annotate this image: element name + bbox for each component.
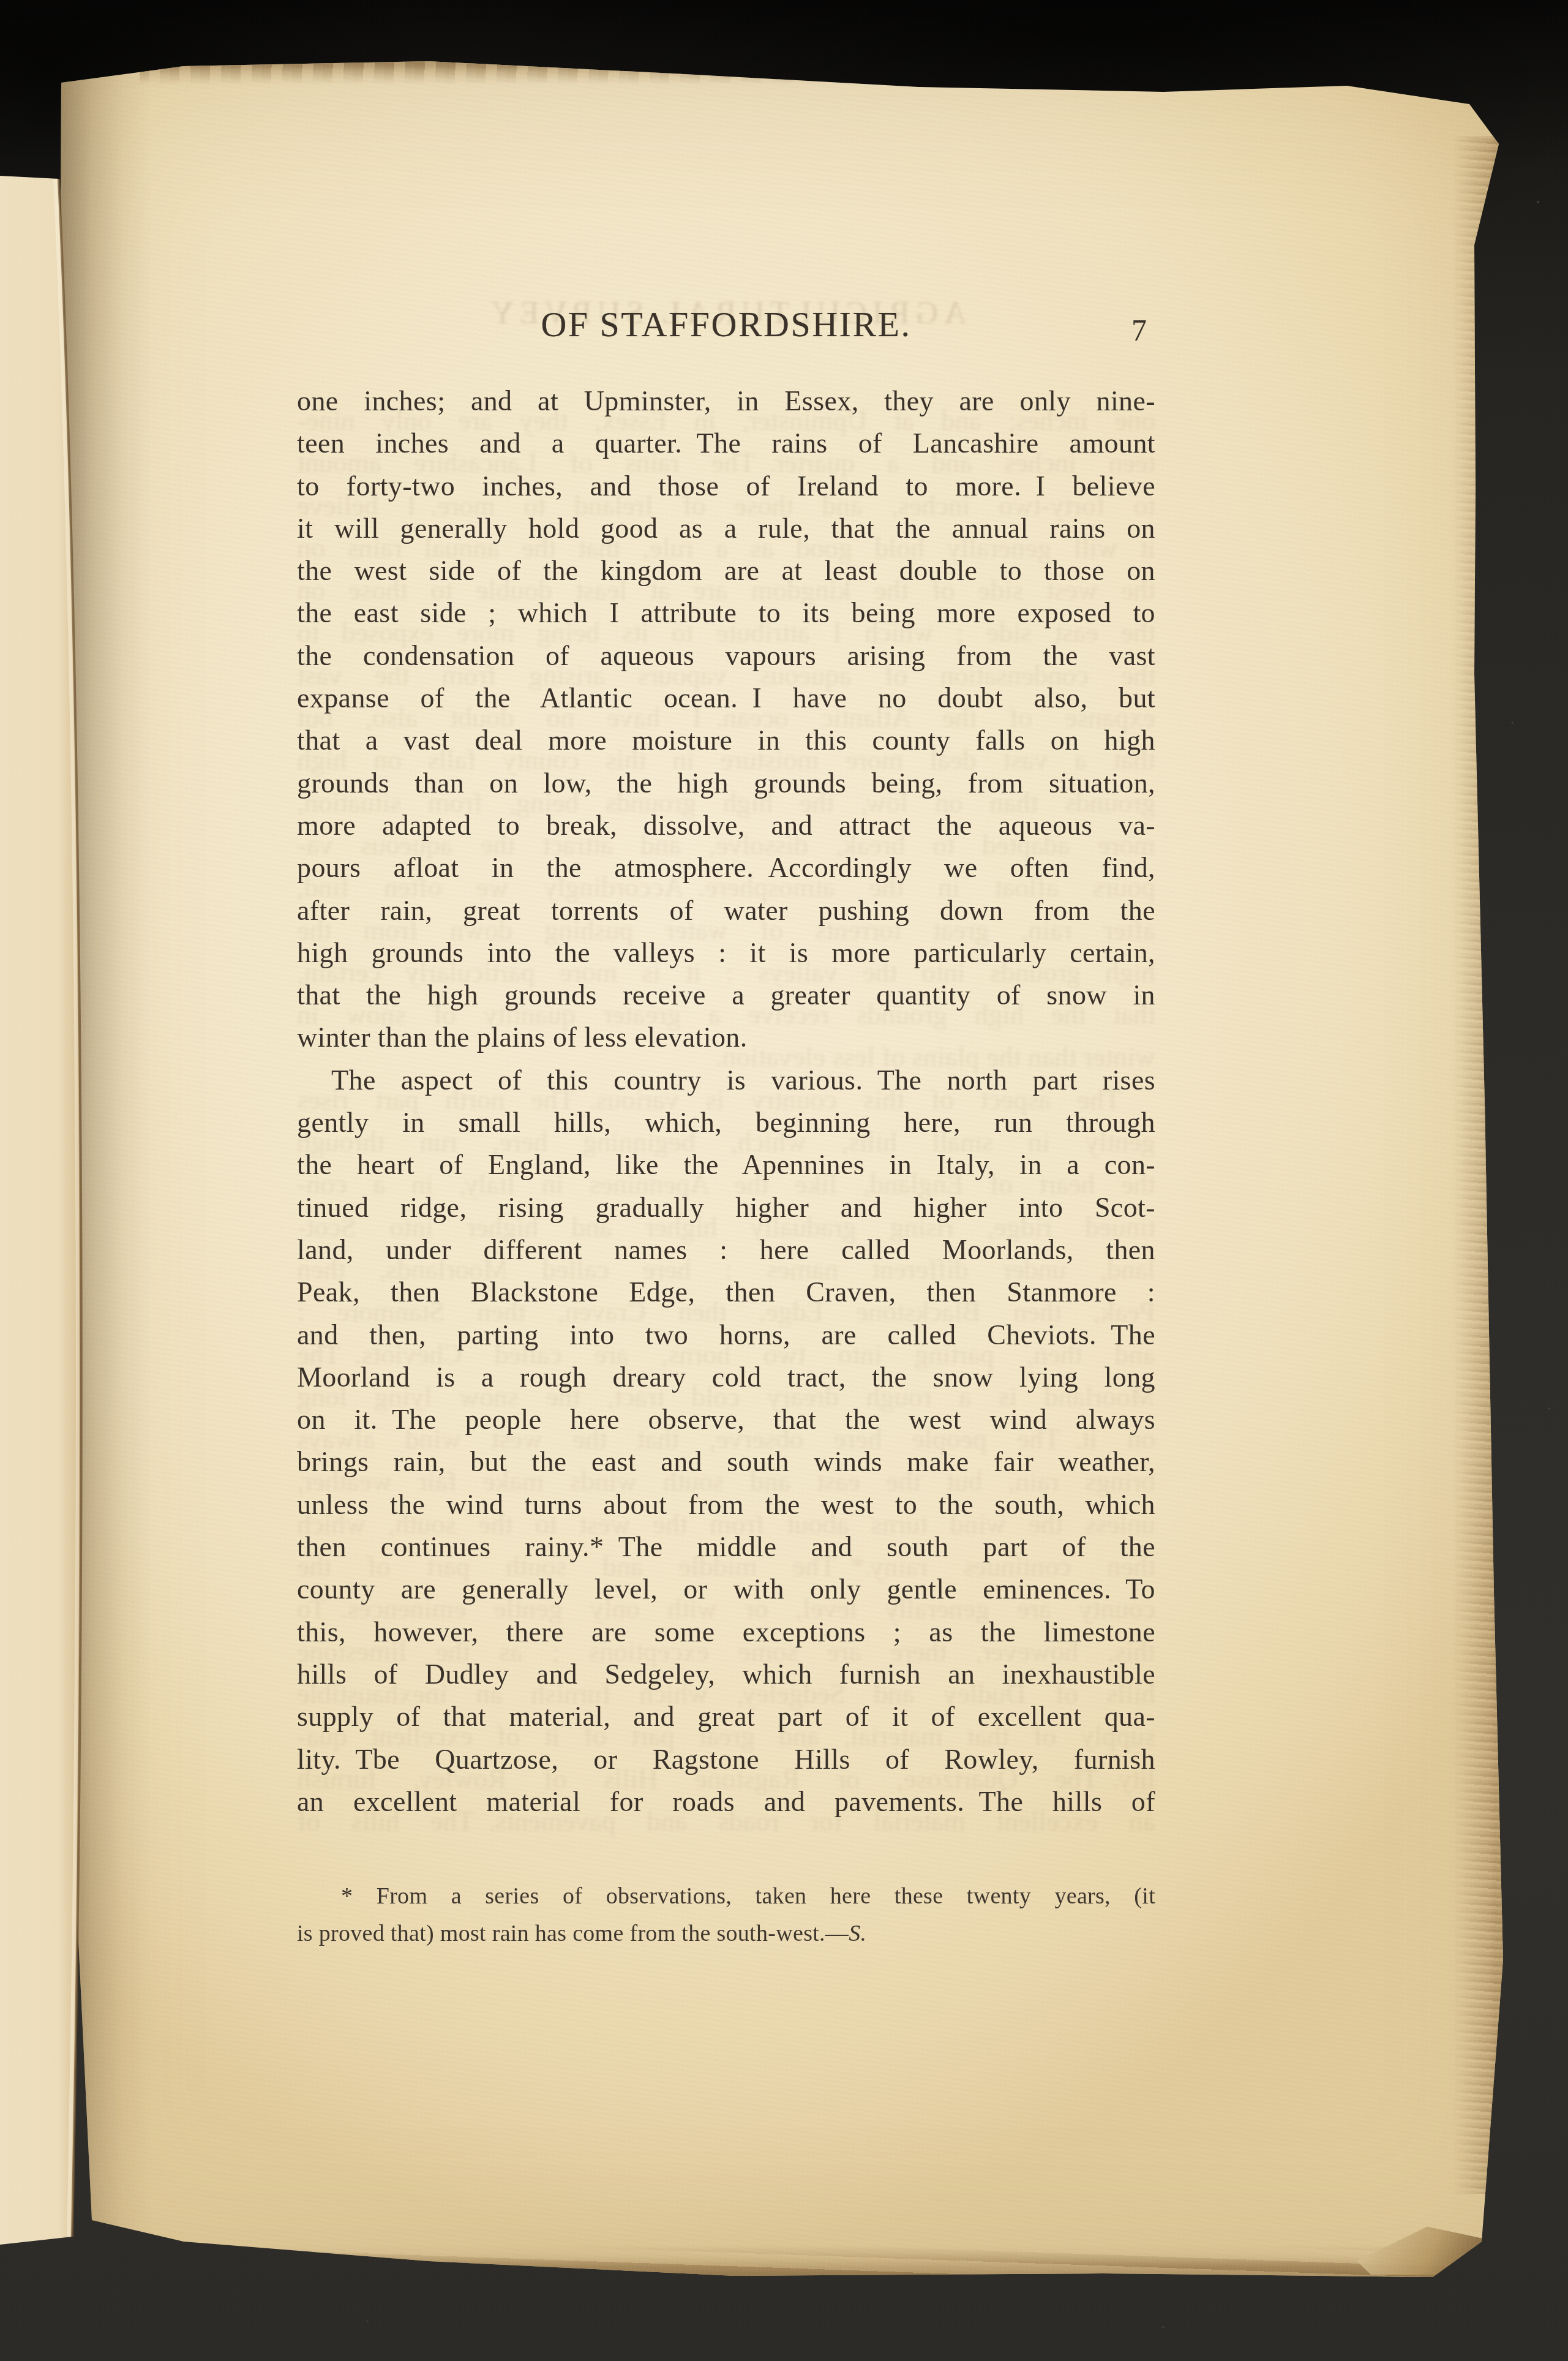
footnote-line-2-text: is proved that) most rain has come from … [297, 1921, 849, 1946]
footnote-line-2: is proved that) most rain has come from … [297, 1915, 1155, 1952]
body-line: Moorland is a rough dreary cold tract, t… [297, 1356, 1155, 1398]
body-line: that the high grounds receive a greater … [297, 974, 1155, 1016]
body-line: more adapted to break, dissolve, and att… [297, 804, 1155, 846]
body-line: high grounds into the valleys : it is mo… [297, 932, 1155, 974]
body-line: county are generally level, or with only… [297, 1568, 1155, 1610]
body-line: after rain, great torrents of water push… [297, 889, 1155, 932]
body-line: The aspect of this country is various. T… [297, 1059, 1155, 1101]
body-line: unless the wind turns about from the wes… [297, 1483, 1155, 1526]
book-page: AGRICULTURAL SURVEY one inches; and at U… [54, 56, 1536, 2280]
body-line: Peak, then Blackstone Edge, then Craven,… [297, 1271, 1155, 1313]
running-header: OF STAFFORDSHIRE. [297, 304, 1155, 345]
body-line: grounds than on low, the high grounds be… [297, 762, 1155, 804]
body-line: the east side ; which I attribute to its… [297, 592, 1155, 634]
body-line: winter than the plains of less elevation… [297, 1016, 1155, 1058]
body-line: brings rain, but the east and south wind… [297, 1440, 1155, 1483]
body-line: then continues rainy.* The middle and so… [297, 1526, 1155, 1568]
running-header-row: OF STAFFORDSHIRE. 7 [297, 304, 1155, 360]
body-line: and then, parting into two horns, are ca… [297, 1314, 1155, 1356]
body-line: this, however, there are some exceptions… [297, 1611, 1155, 1653]
body-line: that a vast deal more moisture in this c… [297, 719, 1155, 761]
body-line: gently in small hills, which, beginning … [297, 1101, 1155, 1143]
footnote-line-1: * From a series of observations, taken h… [297, 1878, 1155, 1915]
footnote-signature: S. [849, 1921, 866, 1946]
body-line: the heart of England, like the Apennines… [297, 1143, 1155, 1186]
body-line: the condensation of aqueous vapours aris… [297, 634, 1155, 677]
body-line: land, under different names : here calle… [297, 1229, 1155, 1271]
scanned-book-page: AGRICULTURAL SURVEY one inches; and at U… [0, 0, 1568, 2361]
body-line: tinued ridge, rising gradually higher an… [297, 1186, 1155, 1229]
body-line: pours afloat in the atmosphere. Accordin… [297, 846, 1155, 889]
body-line: to forty-two inches, and those of Irelan… [297, 465, 1155, 507]
page-number: 7 [1131, 312, 1147, 348]
body-line: an excellent material for roads and pave… [297, 1780, 1155, 1823]
body-line: on it. The people here observe, that the… [297, 1398, 1155, 1440]
body-line: lity. Tbe Quartzose, or Ragstone Hills o… [297, 1738, 1155, 1780]
body-line: one inches; and at Upminster, in Essex, … [297, 380, 1155, 422]
body-line: hills of Dudley and Sedgeley, which furn… [297, 1653, 1155, 1695]
body-line: supply of that material, and great part … [297, 1695, 1155, 1738]
footnote: * From a series of observations, taken h… [297, 1878, 1155, 1952]
printed-content: OF STAFFORDSHIRE. 7 one inches; and at U… [54, 56, 1536, 2280]
body-line: teen inches and a quarter. The rains of … [297, 422, 1155, 464]
body-line: it will generally hold good as a rule, t… [297, 507, 1155, 549]
body-line: expanse of the Atlantic ocean. I have no… [297, 677, 1155, 719]
body-line: the west side of the kingdom are at leas… [297, 549, 1155, 592]
body-text: one inches; and at Upminster, in Essex, … [297, 380, 1155, 1823]
